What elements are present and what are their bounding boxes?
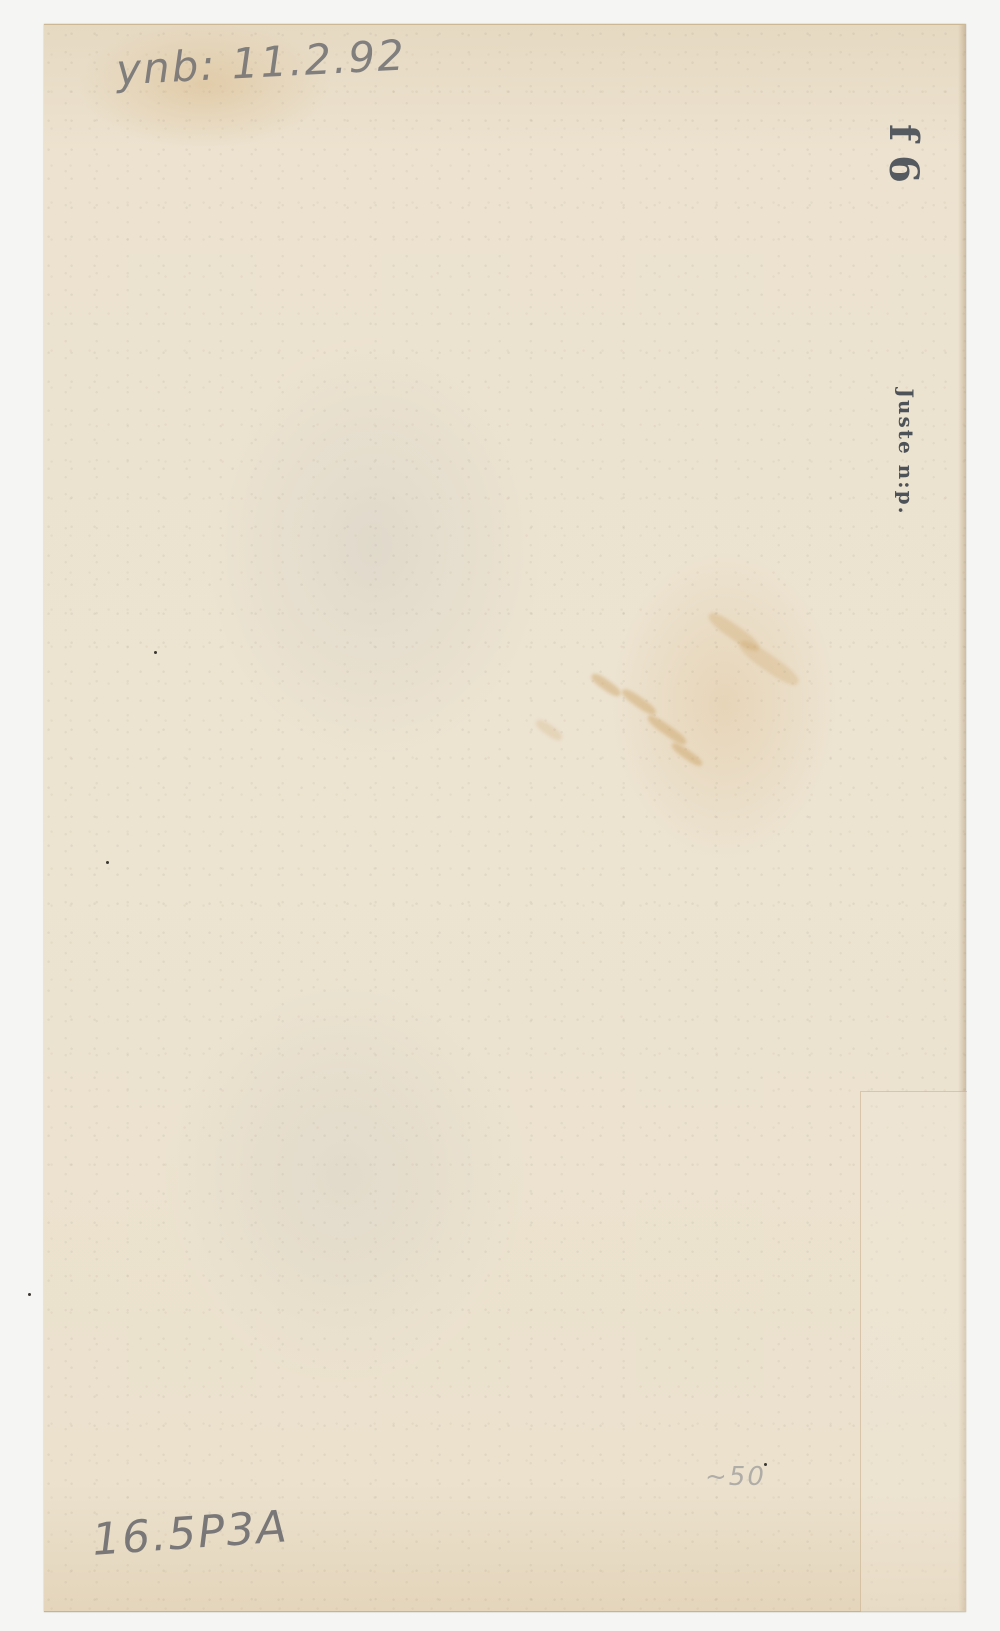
foxing-stain	[736, 636, 803, 689]
foxing-stain	[670, 740, 705, 768]
foxing-stain	[589, 671, 623, 699]
ink-speck	[106, 861, 109, 864]
pencil-note-bottom-right: ~50	[705, 1462, 766, 1492]
ink-speck	[28, 1293, 31, 1296]
paper-sheet	[44, 24, 966, 1612]
rotated-stamp: f 6 Juste n:p.	[866, 130, 946, 610]
foxing-stain	[534, 717, 564, 742]
paper-repair-patch	[860, 1091, 967, 1612]
foxing-stain	[620, 686, 659, 717]
stamp-number: f 6	[880, 124, 927, 183]
scan-background: ynb: 11.2.92 16.5P3A ~50 f 6 Juste n:p.	[0, 0, 1000, 1631]
stamp-text: Juste n:p.	[894, 332, 918, 572]
foxing-stain	[645, 713, 688, 748]
ink-speck	[154, 651, 157, 654]
